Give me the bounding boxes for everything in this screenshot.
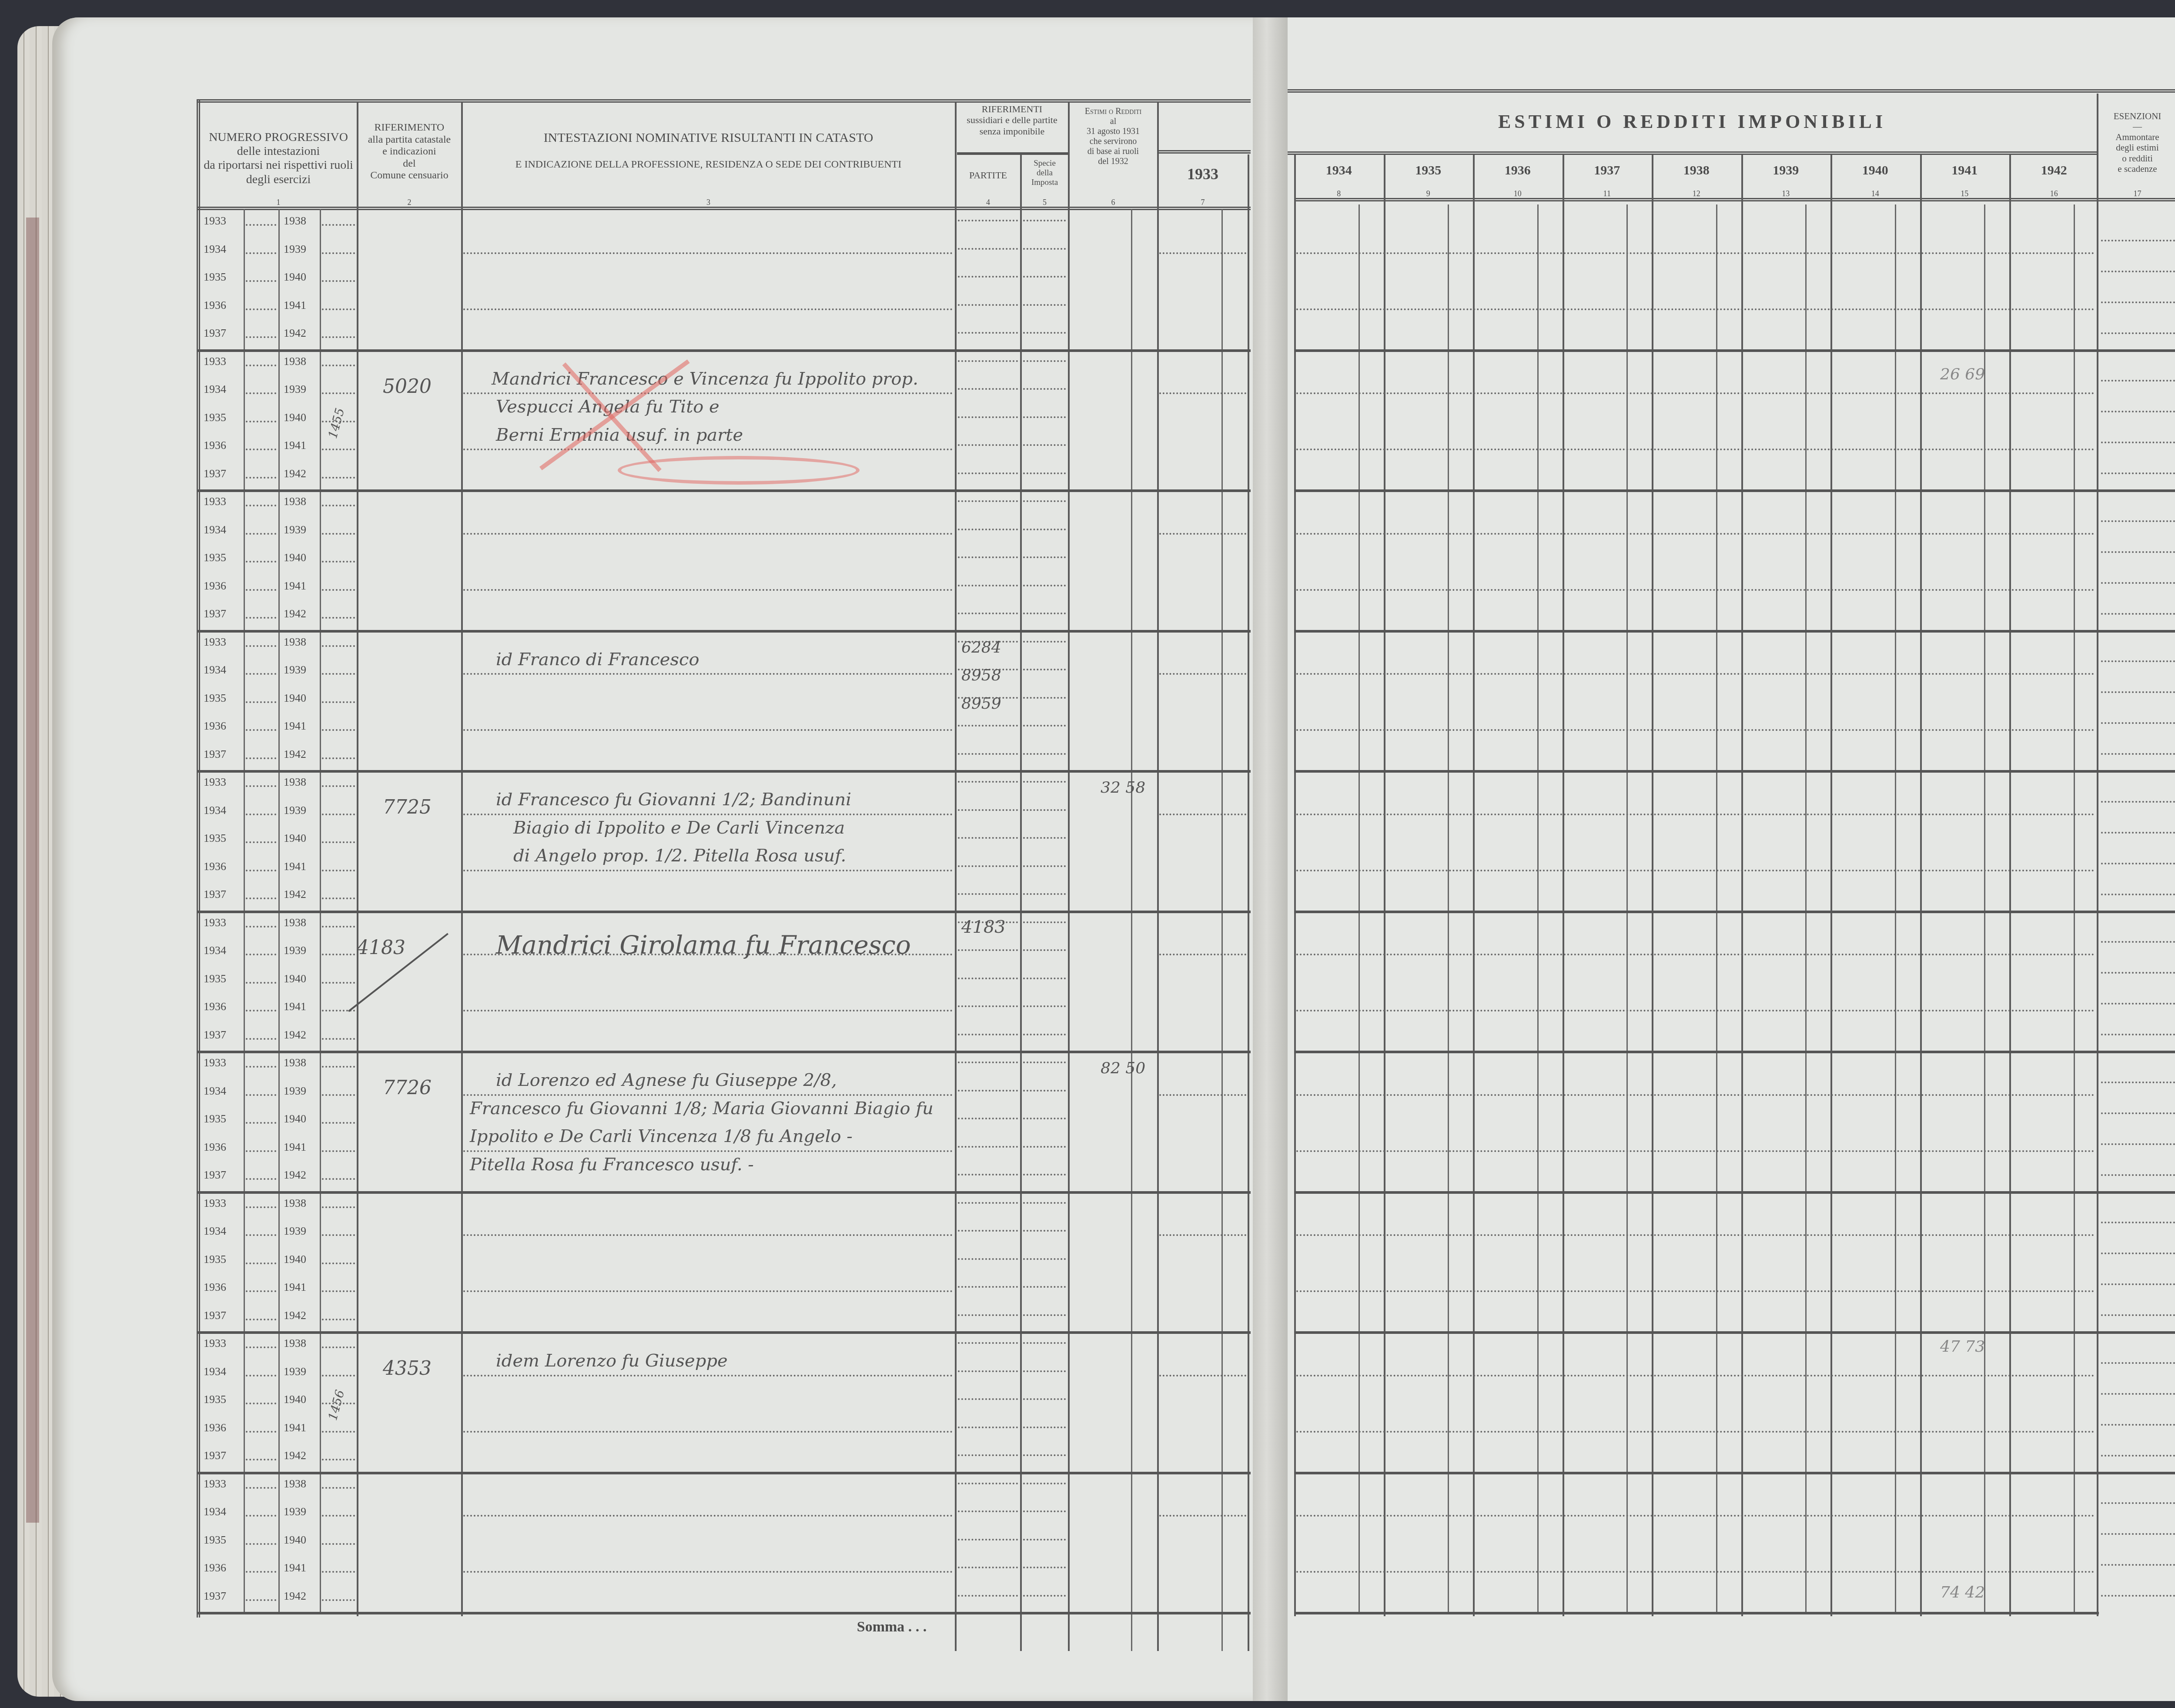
- dotted-rule: [2101, 1393, 2175, 1395]
- dotted-rule: [1296, 1094, 2095, 1096]
- dotted-rule: [1023, 893, 1066, 895]
- col3-title: INTESTAZIONI NOMINATIVE RISULTANTI IN CA…: [462, 131, 955, 146]
- col1-number: 1: [200, 198, 357, 207]
- dotted-rule: [958, 416, 1018, 418]
- year-label-b: 1938: [284, 1337, 306, 1350]
- dotted-rule: [1023, 1034, 1066, 1035]
- year-label-a: 1933: [204, 1477, 226, 1490]
- year-label-a: 1934: [204, 944, 226, 957]
- riferimenti-header: RIFERIMENTI sussidiari e delle partite s…: [956, 104, 1068, 137]
- dotted-rule: [463, 308, 953, 310]
- dotted-rule: [1296, 1150, 2095, 1152]
- dotted-rule: [322, 729, 355, 731]
- dotted-rule: [463, 392, 953, 394]
- dotted-rule: [958, 1034, 1018, 1035]
- dotted-rule: [1023, 725, 1066, 727]
- dotted-rule: [246, 365, 276, 366]
- dotted-rule: [1023, 1454, 1066, 1456]
- dotted-rule: [322, 1038, 355, 1040]
- right-header-top-rule: [1288, 89, 2175, 93]
- estimo-value: 82 50: [1101, 1059, 1145, 1077]
- year-label-a: 1935: [204, 972, 226, 985]
- partita-ref: 7726: [383, 1077, 432, 1099]
- col4-title: PARTITE: [956, 170, 1020, 181]
- dotted-rule: [958, 1062, 1018, 1063]
- year-label-a: 1933: [204, 776, 226, 789]
- year-label-b: 1939: [284, 383, 306, 396]
- year-label-a: 1937: [204, 467, 226, 480]
- dotted-rule: [246, 701, 276, 703]
- year-label-a: 1936: [204, 1281, 226, 1294]
- partita-ref: 4353: [383, 1357, 432, 1380]
- year-label-b: 1942: [284, 888, 306, 901]
- block-separator: [1294, 630, 2175, 633]
- dotted-rule: [246, 1122, 276, 1124]
- year-label-a: 1937: [204, 1309, 226, 1322]
- dotted-rule: [246, 224, 276, 226]
- block-separator: [1294, 1191, 2175, 1194]
- dotted-rule: [246, 505, 276, 506]
- year-label-b: 1938: [284, 1477, 306, 1490]
- dotted-rule: [322, 1459, 355, 1460]
- dotted-rule: [2101, 442, 2175, 443]
- year-label-b: 1939: [284, 1085, 306, 1098]
- block-separator: [198, 770, 1251, 773]
- col4-col5-divider: [1020, 154, 1022, 1651]
- col6-cents-divider: [1131, 209, 1132, 1651]
- dotted-rule: [1296, 533, 2095, 535]
- dotted-rule: [322, 224, 355, 226]
- dotted-rule: [463, 1010, 953, 1011]
- year-col-cents-divider: [1626, 204, 1628, 1614]
- year-label-a: 1934: [204, 383, 226, 396]
- year-label-a: 1937: [204, 327, 226, 340]
- year-label-b: 1941: [284, 1281, 306, 1294]
- dotted-rule: [958, 978, 1018, 979]
- dotted-rule: [2101, 411, 2175, 412]
- year-label-b: 1941: [284, 439, 306, 452]
- dotted-rule: [463, 1150, 953, 1152]
- dotted-rule: [958, 613, 1018, 614]
- year-label-a: 1936: [204, 1421, 226, 1434]
- dotted-rule: [958, 304, 1018, 306]
- year-label-a: 1935: [204, 1534, 226, 1547]
- dotted-rule: [2101, 1003, 2175, 1005]
- year-label-a: 1933: [204, 214, 226, 228]
- year-col-number: 14: [1830, 189, 1920, 198]
- dotted-rule: [322, 870, 355, 871]
- dotted-rule: [246, 729, 276, 731]
- dotted-rule: [1023, 1286, 1066, 1288]
- col3-number: 3: [462, 198, 955, 207]
- name-entry-line: Pitella Rosa fu Francesco usuf. -: [470, 1155, 754, 1175]
- dotted-rule: [958, 725, 1018, 727]
- col5-col6-divider: [1068, 102, 1070, 1651]
- dotted-rule: [1023, 1427, 1066, 1428]
- year-col-divider: [1920, 154, 1922, 1616]
- dotted-rule: [246, 1178, 276, 1180]
- dotted-rule: [246, 1431, 276, 1433]
- dotted-rule: [1296, 252, 2095, 254]
- dotted-rule: [322, 1571, 355, 1573]
- dotted-rule: [246, 1515, 276, 1517]
- dotted-rule: [246, 1263, 276, 1264]
- dotted-rule: [1296, 729, 2095, 731]
- dotted-rule: [958, 1286, 1018, 1288]
- dotted-rule: [1023, 1062, 1066, 1063]
- dotted-rule: [2101, 1034, 2175, 1035]
- year-label-b: 1939: [284, 663, 306, 677]
- dotted-rule: [322, 954, 355, 955]
- dotted-rule: [958, 1118, 1018, 1119]
- dotted-rule: [2101, 472, 2175, 474]
- year-label-a: 1936: [204, 720, 226, 733]
- right-page: [1270, 17, 2175, 1701]
- dotted-rule: [958, 1567, 1018, 1568]
- col7-number: 7: [1158, 198, 1248, 207]
- year-header: 1940: [1830, 163, 1920, 178]
- dotted-rule: [2101, 894, 2175, 895]
- riferimenti-subtitle-2: senza imponibile: [956, 126, 1068, 137]
- dotted-rule: [958, 1510, 1018, 1512]
- dotted-rule: [958, 444, 1018, 446]
- dotted-rule: [1023, 1539, 1066, 1541]
- dotted-rule: [1023, 444, 1066, 446]
- dotted-rule: [2101, 753, 2175, 755]
- dotted-rule: [1023, 949, 1066, 951]
- year-label-a: 1936: [204, 1141, 226, 1154]
- block-separator: [1294, 1331, 2175, 1334]
- year-label-a: 1933: [204, 495, 226, 508]
- dotted-rule: [2101, 1455, 2175, 1457]
- dotted-rule: [958, 1454, 1018, 1456]
- dotted-rule: [246, 673, 276, 675]
- dotted-rule: [1296, 1571, 2095, 1573]
- col17-number: 17: [2098, 189, 2175, 198]
- dotted-rule: [246, 449, 276, 450]
- dotted-rule: [958, 1230, 1018, 1232]
- dotted-rule: [322, 336, 355, 338]
- year-col-number: 12: [1652, 189, 1741, 198]
- form-id-label: Mod. 111 - Imposte Dirette (Intercalare)…: [2123, 65, 2175, 76]
- year-col-number: 16: [2009, 189, 2099, 198]
- name-entry-line: idem Lorenzo fu Giuseppe: [496, 1351, 728, 1371]
- block-separator: [1294, 1051, 2175, 1053]
- dotted-rule: [322, 1515, 355, 1517]
- dotted-rule: [958, 1314, 1018, 1316]
- dotted-rule: [1023, 416, 1066, 418]
- year-label-a: 1934: [204, 1085, 226, 1098]
- dotted-rule: [246, 1094, 276, 1096]
- partita-number: 8958: [961, 666, 1001, 684]
- year-label-a: 1937: [204, 888, 226, 901]
- dotted-rule: [1023, 1370, 1066, 1372]
- year-col-divider: [1473, 154, 1475, 1616]
- dotted-rule: [958, 1342, 1018, 1344]
- dotted-rule: [322, 785, 355, 787]
- dotted-rule: [463, 673, 953, 675]
- year-label-a: 1933: [204, 1056, 226, 1069]
- name-entry-line: di Angelo prop. 1/2. Pitella Rosa usuf.: [513, 846, 846, 866]
- col5-title-1: Specie: [1021, 159, 1068, 168]
- col6-line-1: Estimi o Redditi: [1069, 107, 1157, 117]
- year-col-divider: [1294, 154, 1296, 1616]
- dotted-rule: [1023, 1510, 1066, 1512]
- year-label-b: 1938: [284, 916, 306, 929]
- year-col-divider: [2009, 154, 2011, 1616]
- name-entry-line: id Franco di Francesco: [496, 650, 699, 670]
- dotted-rule: [322, 365, 355, 366]
- dotted-rule: [1296, 1431, 2095, 1433]
- year-col-cents-divider: [1537, 204, 1539, 1614]
- right-title: ESTIMI O REDDITI IMPONIBILI: [1288, 111, 2097, 133]
- col5-title-3: Imposta: [1021, 178, 1068, 188]
- col3-col4-divider: [955, 102, 957, 1651]
- year-header: 1936: [1473, 163, 1563, 178]
- somma-top-rule: [198, 1612, 1251, 1614]
- dotted-rule: [2101, 301, 2175, 303]
- dotted-rule: [1296, 1290, 2095, 1292]
- year-col-number: 13: [1741, 189, 1831, 198]
- year-col-cents-divider: [1448, 204, 1449, 1614]
- dotted-rule: [1023, 1258, 1066, 1260]
- dotted-rule: [1023, 1230, 1066, 1232]
- dotted-rule: [958, 220, 1018, 221]
- dotted-rule: [246, 926, 276, 928]
- dotted-rule: [322, 1487, 355, 1489]
- partita-ref: 4183: [357, 937, 405, 959]
- year-label-a: 1937: [204, 1169, 226, 1182]
- year-label-b: 1942: [284, 327, 306, 340]
- dotted-rule: [1159, 1094, 1246, 1096]
- dotted-rule: [246, 1150, 276, 1152]
- dotted-rule: [322, 757, 355, 759]
- name-entry-line: id Lorenzo ed Agnese fu Giuseppe 2/8,: [496, 1070, 837, 1090]
- dotted-rule: [246, 392, 276, 394]
- year-col-divider: [1652, 154, 1653, 1616]
- dotted-rule: [463, 729, 953, 731]
- partita-ref: 5020: [383, 375, 432, 398]
- dotted-rule: [1023, 304, 1066, 306]
- dotted-rule: [958, 332, 1018, 334]
- year-label-b: 1940: [284, 1253, 306, 1266]
- block-separator: [198, 1051, 1251, 1053]
- year-label-a: 1933: [204, 355, 226, 368]
- dotted-rule: [2101, 1283, 2175, 1285]
- name-entry-line: id Francesco fu Giovanni 1/2; Bandinuni: [496, 790, 851, 810]
- year-label-a: 1937: [204, 1028, 226, 1042]
- dotted-rule: [1023, 837, 1066, 839]
- dotted-rule: [322, 1066, 355, 1068]
- dotted-rule: [322, 1431, 355, 1433]
- year-label-b: 1941: [284, 1141, 306, 1154]
- dotted-rule: [958, 865, 1018, 867]
- dotted-rule: [322, 1263, 355, 1264]
- dotted-rule: [463, 1234, 953, 1236]
- dotted-rule: [1023, 753, 1066, 755]
- dotted-rule: [322, 449, 355, 450]
- year-label-a: 1936: [204, 1561, 226, 1574]
- dotted-rule: [246, 477, 276, 479]
- col17-header: ESENZIONI — Ammontare degli estimi o red…: [2098, 111, 2175, 174]
- year-label-b: 1940: [284, 411, 306, 424]
- dotted-rule: [958, 500, 1018, 502]
- year-label-b: 1941: [284, 1421, 306, 1434]
- dotted-rule: [1023, 1314, 1066, 1316]
- year-label-a: 1933: [204, 636, 226, 649]
- year-col-divider: [1384, 154, 1385, 1616]
- dotted-rule: [1023, 1595, 1066, 1597]
- year-label-b: 1938: [284, 1056, 306, 1069]
- year-label-a: 1935: [204, 692, 226, 705]
- dotted-rule: [1296, 870, 2095, 871]
- year-col-divider: [1563, 154, 1564, 1616]
- dotted-rule: [2101, 1502, 2175, 1504]
- year-col-cents-divider: [1895, 204, 1896, 1614]
- dotted-rule: [463, 1375, 953, 1376]
- block-separator: [198, 1331, 1251, 1334]
- year-col-number: 8: [1294, 189, 1384, 198]
- col1-title: NUMERO PROGRESSIVO: [200, 131, 357, 144]
- right-somma-rule: [1294, 1612, 2099, 1614]
- dotted-rule: [1023, 921, 1066, 923]
- dotted-rule: [322, 477, 355, 479]
- dotted-rule: [1023, 1005, 1066, 1007]
- year-label-b: 1940: [284, 271, 306, 284]
- block-separator: [198, 1191, 1251, 1194]
- dotted-rule: [958, 1595, 1018, 1597]
- dotted-rule: [1296, 673, 2095, 675]
- dotted-rule: [246, 561, 276, 563]
- dotted-rule: [246, 1403, 276, 1404]
- somma-1941: 74 42: [1940, 1584, 1985, 1601]
- name-entry-line: Biagio di Ippolito e De Carli Vincenza: [513, 818, 845, 838]
- dotted-rule: [322, 505, 355, 506]
- dotted-rule: [2101, 1564, 2175, 1566]
- dotted-rule: [1296, 954, 2095, 955]
- dotted-rule: [322, 533, 355, 535]
- dotted-rule: [246, 841, 276, 843]
- col2-subtitle-4: Comune censuario: [358, 170, 461, 182]
- dotted-rule: [2101, 972, 2175, 974]
- dotted-rule: [246, 1487, 276, 1489]
- dotted-rule: [958, 585, 1018, 586]
- dotted-rule: [2101, 1222, 2175, 1223]
- col17-left-divider: [2097, 94, 2098, 1616]
- dotted-rule: [958, 1174, 1018, 1176]
- dotted-rule: [322, 280, 355, 282]
- header-bottom-rule: [198, 207, 1251, 210]
- dotted-rule: [1296, 1515, 2095, 1517]
- dotted-rule: [463, 870, 953, 871]
- block-separator: [198, 911, 1251, 913]
- year-label-b: 1940: [284, 1534, 306, 1547]
- year-header: 1941: [1920, 163, 2010, 178]
- dotted-rule: [2101, 1595, 2175, 1597]
- year-col-number: 15: [1920, 189, 2010, 198]
- dotted-rule: [1296, 392, 2095, 394]
- name-entry-line: Francesco fu Giovanni 1/8; Maria Giovann…: [470, 1098, 934, 1119]
- dotted-rule: [1159, 1234, 1246, 1236]
- dotted-rule: [246, 757, 276, 759]
- dotted-rule: [246, 589, 276, 591]
- col17-line-2: degli estimi: [2098, 142, 2175, 153]
- year-label-b: 1938: [284, 214, 306, 228]
- dotted-rule: [1023, 1342, 1066, 1344]
- dotted-rule: [1023, 585, 1066, 586]
- block-separator: [1294, 349, 2175, 352]
- year-col-number: 11: [1563, 189, 1652, 198]
- dotted-rule: [2101, 1424, 2175, 1426]
- col7-right-border: [1248, 154, 1249, 1651]
- year-label-b: 1942: [284, 467, 306, 480]
- right-header-bottom-rule: [1294, 198, 2175, 201]
- year-label-a: 1933: [204, 1337, 226, 1350]
- dotted-rule: [2101, 1143, 2175, 1145]
- col2-number: 2: [358, 198, 461, 207]
- dotted-rule: [2101, 801, 2175, 803]
- year-label-b: 1938: [284, 355, 306, 368]
- dotted-rule: [322, 1234, 355, 1236]
- dotted-rule: [463, 814, 953, 815]
- year-label-b: 1940: [284, 832, 306, 845]
- book-spine: [1253, 17, 1288, 1701]
- dotted-rule: [246, 1066, 276, 1068]
- dotted-rule: [958, 781, 1018, 783]
- col6-line-3: 31 agosto 1931: [1069, 127, 1157, 137]
- year-label-a: 1934: [204, 1225, 226, 1238]
- dotted-rule: [1296, 589, 2095, 591]
- col5-header: Specie della Imposta: [1021, 159, 1068, 188]
- partita-number: 4183: [961, 917, 1006, 937]
- dotted-rule: [322, 561, 355, 563]
- entry-block8-1941: 47 73: [1940, 1338, 1985, 1356]
- year-header: 1942: [2009, 163, 2099, 178]
- dotted-rule: [1296, 1010, 2095, 1011]
- year-label-b: 1942: [284, 607, 306, 620]
- dotted-rule: [246, 1206, 276, 1208]
- left-outer-border: [197, 99, 200, 1618]
- estimo-value: 32 58: [1101, 779, 1145, 797]
- dotted-rule: [322, 1599, 355, 1601]
- dotted-rule: [322, 841, 355, 843]
- dotted-rule: [246, 280, 276, 282]
- dotted-rule: [322, 1319, 355, 1320]
- dotted-rule: [1023, 1146, 1066, 1148]
- dotted-rule: [958, 388, 1018, 390]
- dotted-rule: [1023, 529, 1066, 530]
- dotted-rule: [322, 1122, 355, 1124]
- year-label-b: 1941: [284, 579, 306, 593]
- dotted-rule: [2101, 832, 2175, 834]
- partita-ref: 7725: [383, 796, 432, 818]
- year-label-a: 1934: [204, 663, 226, 677]
- year-header: 1939: [1741, 163, 1831, 178]
- year-label-a: 1935: [204, 411, 226, 424]
- col1-subtitle-2: da riportarsi nei rispettivi ruoli: [200, 158, 357, 172]
- year-label-b: 1940: [284, 1393, 306, 1406]
- dotted-rule: [322, 1375, 355, 1376]
- year-col-divider: [1741, 154, 1743, 1616]
- dotted-rule: [322, 1346, 355, 1348]
- dotted-rule: [246, 645, 276, 647]
- dotted-rule: [463, 589, 953, 591]
- dotted-rule: [1296, 308, 2095, 310]
- year-label-b: 1941: [284, 299, 306, 312]
- dotted-rule: [1023, 978, 1066, 979]
- col17-title: ESENZIONI: [2098, 111, 2175, 121]
- entry-block2-1941: 26 69: [1940, 365, 1985, 383]
